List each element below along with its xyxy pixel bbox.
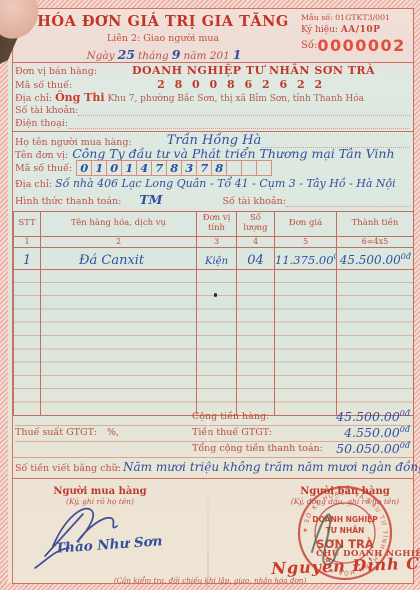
divider-header	[13, 62, 413, 63]
seller-unit-name: DOANH NGHIỆP TƯ NHÂN SƠN TRÀ	[97, 64, 410, 77]
tax-digit-box	[242, 160, 257, 176]
divider-seller	[13, 131, 413, 132]
vat-amount: 4.550.000đ	[344, 425, 410, 440]
buyer-signature-title: Người mua hàng	[35, 486, 165, 497]
colnum: 2	[41, 236, 197, 247]
date-month-handwritten: 9	[169, 47, 184, 62]
seller-address-line: Địa chỉ: Ông Thi Khu 7, phường Bắc Sơn, …	[15, 91, 410, 104]
colnum: 4	[237, 236, 275, 247]
item-row: 1 Đá Canxit Kiện 04 11.375.000đ 45.500.0…	[14, 247, 414, 269]
form-number-value: 01GTKT3/001	[335, 13, 390, 22]
item-name: Đá Canxit	[79, 253, 144, 268]
colnum: 1	[14, 236, 41, 247]
grand-total-value: 50.050.00	[336, 441, 400, 456]
tax-digit-box: 7	[197, 160, 212, 176]
blank-fill	[78, 104, 410, 116]
buyer-unit-handwritten: Công Ty đầu tư và Phát triển Thương mại …	[72, 146, 394, 161]
seller-address-label: Địa chỉ:	[15, 93, 52, 104]
date-year-handwritten: 1	[230, 47, 245, 62]
amount-in-words-label: Số tiền viết bằng chữ:	[15, 463, 121, 474]
grand-total-dong-mark: 0đ	[400, 441, 410, 450]
seller-unit-label: Đơn vị bán hàng:	[15, 66, 97, 77]
item-qty: 04	[247, 253, 264, 268]
ornamental-border-top	[0, 0, 420, 8]
serial-value: AA/10P	[341, 25, 381, 35]
tax-digit-box: 1	[92, 160, 107, 176]
invoice-date-line: Ngày25tháng9năm 2011	[58, 47, 273, 62]
form-number-line: Mẫu số: 01GTKT3/001	[301, 13, 414, 22]
subtotal-dong-mark: 0đ	[400, 409, 410, 418]
invoice-number-line: Số:0000002	[301, 36, 414, 55]
buyer-tax-code-boxes: 0101478378	[76, 160, 272, 176]
tax-digit-box	[257, 160, 272, 176]
vat-rate-percent: %,	[107, 427, 119, 438]
grand-total-amount: 50.050.000đ	[336, 441, 410, 456]
invoice-title: HÓA ĐƠN GIÁ TRỊ GIA TĂNG	[28, 13, 298, 30]
date-mid2: năm 201	[183, 50, 229, 62]
buyer-tax-line: Mã số thuế: 0101478378	[15, 160, 410, 176]
col-stt: STT	[14, 212, 41, 237]
item-amount: 45.500.000đ	[340, 253, 411, 267]
item-amount-value: 45.500.00	[340, 253, 401, 267]
invoice-number-value: 0000002	[317, 36, 405, 55]
colnum: 3	[197, 236, 237, 247]
subtotal-value: 45.500.00	[336, 409, 400, 424]
ornamental-border-left	[0, 0, 8, 590]
blank-fill	[68, 117, 410, 129]
item-unit: Kiện	[205, 256, 228, 267]
seller-account-line: Số tài khoản:	[15, 104, 410, 116]
seller-phone-line: Điện thoại:	[15, 117, 410, 129]
serial-label: Ký hiệu:	[301, 25, 338, 35]
tax-digit-box: 0	[107, 160, 122, 176]
form-number-label: Mẫu số:	[301, 13, 333, 22]
seller-address: Khu 7, phường Bắc Sơn, thị xã Bỉm Sơn, t…	[108, 94, 364, 104]
vat-row: Thuế suất GTGT: %, Tiền thuế GTGT: 4.550…	[15, 425, 412, 442]
tax-digit-box: 3	[182, 160, 197, 176]
buyer-address-label: Địa chỉ:	[15, 179, 52, 190]
subtotal-label: Cộng tiền hàng:	[192, 411, 269, 422]
footer-note: (Cần kiểm tra, đối chiếu khi lập, giao, …	[60, 576, 360, 585]
stamp-line2: TƯ NHÂN	[326, 526, 365, 535]
tax-digit-box: 8	[167, 160, 182, 176]
subtotal-row: Cộng tiền hàng: 45.500.000đ	[15, 409, 412, 426]
date-prefix: Ngày	[86, 50, 114, 62]
col-unit: Đơn vị tính	[197, 212, 237, 237]
col-qty: Số lượng	[237, 212, 275, 237]
item-price: 11.375.000đ	[275, 253, 337, 267]
vat-dong-mark: 0đ	[400, 425, 410, 434]
payment-method-label: Hình thức thanh toán:	[15, 196, 121, 207]
paper-crease	[207, 420, 209, 588]
grand-total-row: Tổng cộng tiền thanh toán: 50.050.000đ	[15, 441, 412, 457]
blank-fill	[286, 195, 410, 207]
vat-amount-label: Tiền thuế GTGT:	[192, 427, 272, 438]
invoice-photo: HÓA ĐƠN GIÁ TRỊ GIA TĂNG Liên 2: Giao ng…	[0, 0, 420, 590]
items-number-row: 1 2 3 4 5 6=4x5	[14, 236, 414, 247]
tax-digit-box: 4	[137, 160, 152, 176]
tax-digit-box: 7	[152, 160, 167, 176]
seller-address-stamp: Ông Thi	[52, 91, 107, 104]
seller-tax-code: 2 8 0 0 8 6 2 6 2 2	[72, 78, 410, 91]
invoice-paper: HÓA ĐƠN GIÁ TRỊ GIA TĂNG Liên 2: Giao ng…	[0, 0, 420, 590]
col-price: Đơn giá	[275, 212, 337, 237]
invoice-meta: Mẫu số: 01GTKT3/001 Ký hiệu: AA/10P Số:0…	[301, 13, 414, 55]
colnum: 6=4x5	[337, 236, 414, 247]
invoice-copy-line: Liên 2: Giao người mua	[28, 33, 298, 44]
seller-account-label: Số tài khoản:	[15, 105, 78, 116]
serial-line: Ký hiệu: AA/10P	[301, 25, 414, 35]
buyer-address-handwritten: Số nhà 406 Lạc Long Quân - Tổ 41 - Cụm 3…	[55, 177, 396, 190]
tax-digit-box: 0	[76, 160, 92, 176]
item-price-value: 11.375.00	[275, 253, 334, 267]
tax-digit-box: 1	[122, 160, 137, 176]
payment-line: Hình thức thanh toán: TM Số tài khoản:	[15, 192, 410, 207]
tax-digit-box	[227, 160, 242, 176]
empty-rows	[14, 269, 414, 415]
buyer-unit-line: Tên đơn vị: Công Ty đầu tư và Phát triển…	[15, 146, 410, 161]
item-amount-dong-mark: 0đ	[401, 252, 411, 261]
vat-value: 4.550.00	[344, 425, 400, 440]
date-day-handwritten: 25	[115, 47, 138, 62]
buyer-address-line: Địa chỉ: Số nhà 406 Lạc Long Quân - Tổ 4…	[15, 177, 410, 190]
seller-unit-line: Đơn vị bán hàng: DOANH NGHIỆP TƯ NHÂN SƠ…	[15, 64, 410, 77]
vat-rate-label: Thuế suất GTGT:	[15, 427, 97, 438]
payment-method-handwritten: TM	[139, 192, 162, 207]
items-header-row: STT Tên hàng hóa, dịch vụ Đơn vị tính Số…	[14, 212, 414, 237]
grand-total-label: Tổng cộng tiền thanh toán:	[192, 443, 323, 454]
items-table: STT Tên hàng hóa, dịch vụ Đơn vị tính Số…	[13, 211, 414, 416]
date-mid1: tháng	[138, 50, 169, 62]
item-stt: 1	[23, 253, 31, 268]
divider-totals	[13, 457, 413, 458]
buyer-tax-label: Mã số thuế:	[15, 163, 72, 174]
ink-speck	[214, 293, 217, 297]
seller-phone-label: Điện thoại:	[15, 118, 68, 129]
seller-tax-label: Mã số thuế:	[15, 80, 72, 91]
invoice-number-label: Số:	[301, 36, 317, 51]
col-goods: Tên hàng hóa, dịch vụ	[41, 212, 197, 237]
tax-digit-box: 8	[212, 160, 227, 176]
ornamental-border-right	[413, 0, 420, 590]
seller-tax-line: Mã số thuế: 2 8 0 0 8 6 2 6 2 2	[15, 78, 410, 91]
col-amount: Thành tiền	[337, 212, 414, 237]
colnum: 5	[275, 236, 337, 247]
subtotal-amount: 45.500.000đ	[336, 409, 410, 424]
buyer-account-label: Số tài khoản:	[223, 196, 286, 207]
